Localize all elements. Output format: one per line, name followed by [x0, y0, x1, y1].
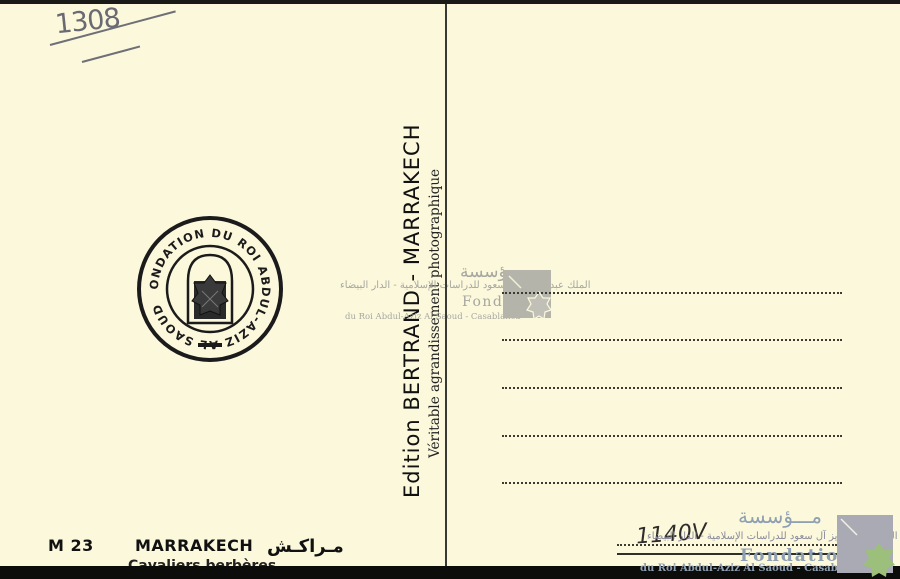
card-code: M 23: [48, 536, 94, 555]
address-line[interactable]: [502, 435, 842, 437]
city-label: MARRAKECH: [135, 536, 253, 555]
watermark-arabic-subtitle: الملك عبد العزيز آل سعود للدراسات الإسلا…: [340, 280, 590, 291]
fondation-stamp-icon: FONDATION DU ROI ABDUL-AZIZ AL SAOUD: [136, 215, 284, 363]
handwritten-underline: [82, 46, 140, 63]
postcard-divider: [445, 4, 447, 566]
city-label-arabic: مـراكـش: [267, 536, 344, 557]
fondation-logo-icon: [503, 270, 551, 320]
address-line[interactable]: [502, 482, 842, 484]
address-line[interactable]: [502, 292, 842, 294]
caption-partial: Cavaliers berbères: [128, 558, 276, 566]
address-line[interactable]: [502, 339, 842, 341]
address-line[interactable]: [502, 387, 842, 389]
publisher-title: Edition BERTRAND - MARRAKECH: [400, 124, 424, 499]
watermark-arabic-title: مـــؤسسة: [738, 504, 822, 528]
postcard-back: 1308 FONDATION DU ROI ABDUL-AZIZ AL SAOU…: [0, 4, 900, 566]
watermark-bottom-text: du Roi Abdul-Aziz Al Saoud - Casablanca: [345, 312, 520, 322]
fondation-logo-icon: [835, 513, 895, 579]
watermark-bottom-text: du Roi Abdul-Aziz Al Saoud - Casablanca: [640, 563, 868, 574]
